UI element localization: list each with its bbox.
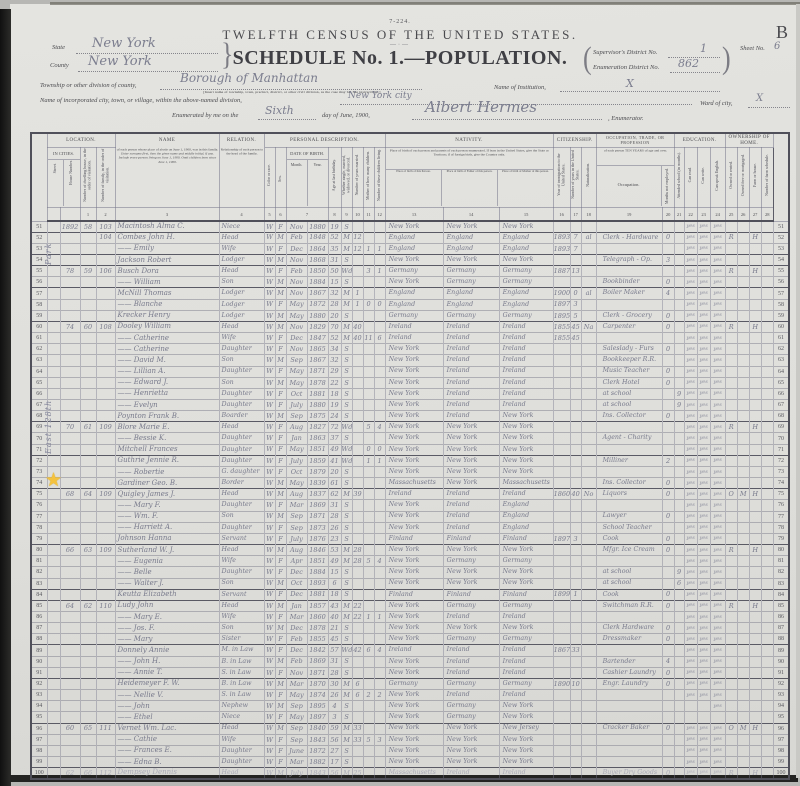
cell-age-68: 24: [328, 411, 341, 422]
cell-d-90: [80, 656, 96, 667]
cell-d-66: [80, 388, 96, 399]
cell-ym-69: [352, 422, 363, 433]
header-relation: RELATION.: [219, 133, 264, 148]
cell-im-53: 1893: [553, 243, 570, 254]
cell-occ-62: Saleslady - Furs: [596, 344, 662, 355]
cell-h-68: [60, 411, 80, 422]
cell-pf-68: Ireland: [443, 411, 499, 422]
cell-cl-66: [374, 388, 385, 399]
header-can-read: Can read.: [684, 148, 697, 208]
cell-age-85: 43: [328, 600, 341, 611]
cell-own-86: [725, 611, 737, 622]
cell-s-85: M: [275, 600, 286, 611]
cell-n-71: 71: [773, 444, 789, 455]
cell-n-51: 51: [773, 221, 789, 232]
cell-m-79: S: [341, 533, 352, 544]
cell-n-58: 58: [31, 299, 47, 310]
cell-mc-99: [363, 757, 374, 768]
cell-wr-80: yes: [697, 545, 710, 556]
cell-mc-74: [363, 478, 374, 489]
cell-s-65: M: [275, 377, 286, 388]
cell-d-93: [80, 690, 96, 701]
cell-en-94: yes: [710, 701, 725, 712]
cell-s-57: M: [275, 288, 286, 299]
cell-n-75: 75: [773, 489, 789, 500]
cell-occ-77: Lawyer: [596, 511, 662, 522]
enumerated-day: Sixth: [265, 104, 294, 117]
cell-im-73: [553, 466, 570, 477]
cell-mc-62: [363, 344, 374, 355]
cell-na-90: [581, 656, 596, 667]
cell-wr-60: yes: [697, 321, 710, 332]
cell-ym-95: [352, 712, 363, 723]
cell-h-55: 78: [60, 266, 80, 277]
cell-pob-82: New York: [385, 567, 443, 578]
cell-n-83: 83: [773, 578, 789, 589]
cell-cl-51: [374, 221, 385, 232]
cell-c-74: W: [264, 478, 275, 489]
cell-rd-92: yes: [684, 678, 697, 689]
cell-im-78: [553, 522, 570, 533]
colnum-24: 24: [710, 208, 725, 222]
cell-wr-82: yes: [697, 567, 710, 578]
cell-cl-91: [374, 667, 385, 678]
cell-h-52: [60, 232, 80, 243]
cell-cl-85: [374, 600, 385, 611]
cell-mo-61: Dec: [286, 333, 307, 344]
cell-mo-92: Mar: [286, 678, 307, 689]
colnum-22: 22: [684, 208, 697, 222]
cell-h-57: [60, 288, 80, 299]
cell-c-59: W: [264, 310, 275, 321]
cell-h-66: [60, 388, 80, 399]
cell-mne-66: [662, 388, 674, 399]
cell-rel-69: Head: [219, 422, 264, 433]
cell-h-88: [60, 634, 80, 645]
cell-pf-61: Ireland: [443, 333, 499, 344]
cell-st-99: [47, 757, 60, 768]
cell-n-91: 91: [773, 667, 789, 678]
cell-sched-59: [761, 310, 773, 321]
cell-yu-76: [570, 500, 581, 511]
cell-en-62: yes: [710, 344, 725, 355]
cell-mc-91: [363, 667, 374, 678]
cell-sched-84: [761, 589, 773, 600]
cell-im-75: 1860: [553, 489, 570, 500]
census-row-70: 70—— Bessie K.DaughterWFJan186337SNew Yo…: [31, 433, 789, 444]
cell-own-80: R: [725, 545, 737, 556]
census-row-83: 83—— Walter J.SonWMOct18936SNew YorkNew …: [31, 578, 789, 589]
cell-own-70: [725, 433, 737, 444]
cell-sched-61: [761, 333, 773, 344]
cell-im-81: [553, 556, 570, 567]
cell-pm-80: New York: [499, 545, 553, 556]
cell-n-64: 64: [773, 366, 789, 377]
cell-n-89: 89: [31, 645, 47, 656]
cell-mne-96: 0: [662, 723, 674, 734]
cell-own-95: [725, 712, 737, 723]
cell-h-70: [60, 433, 80, 444]
cell-name-95: —— Ethel: [115, 712, 219, 723]
cell-cl-98: [374, 745, 385, 756]
cell-im-89: 1867: [553, 645, 570, 656]
cell-mo-80: Aug: [286, 545, 307, 556]
cell-wr-81: yes: [697, 556, 710, 567]
header-citizenship: CITIZENSHIP.: [553, 133, 596, 148]
cell-st-79: [47, 533, 60, 544]
cell-own-62: [725, 344, 737, 355]
cell-age-56: 15: [328, 277, 341, 288]
cell-rel-76: Daughter: [219, 500, 264, 511]
cell-age-89: 57: [328, 645, 341, 656]
cell-rel-75: Head: [219, 489, 264, 500]
cell-n-66: 66: [31, 388, 47, 399]
cell-ym-78: [352, 522, 363, 533]
cell-mne-71: [662, 444, 674, 455]
cell-h-61: [60, 333, 80, 344]
cell-n-55: 55: [773, 266, 789, 277]
cell-d-76: [80, 500, 96, 511]
cell-st-85: [47, 600, 60, 611]
institution-value: X: [626, 77, 634, 90]
cell-wr-86: yes: [697, 611, 710, 622]
cell-pm-73: New York: [499, 466, 553, 477]
cell-mne-88: 0: [662, 634, 674, 645]
cell-occ-83: at school: [596, 578, 662, 589]
cell-name-74: Gardiner Geo. B.: [115, 478, 219, 489]
cell-pob-53: England: [385, 243, 443, 254]
cell-n-96: 96: [773, 723, 789, 734]
cell-st-57: [47, 288, 60, 299]
cell-age-80: 53: [328, 545, 341, 556]
cell-yr-90: 1869: [307, 656, 328, 667]
cell-n-76: 76: [773, 500, 789, 511]
cell-yr-53: 1864: [307, 243, 328, 254]
cell-d-63: [80, 355, 96, 366]
cell-fh-98: [749, 745, 761, 756]
cell-en-55: yes: [710, 266, 725, 277]
cell-c-84: W: [264, 589, 275, 600]
cell-age-66: 18: [328, 388, 341, 399]
cell-m-94: S: [341, 701, 352, 712]
cell-im-68: [553, 411, 570, 422]
cell-ym-93: 6: [352, 690, 363, 701]
cell-pf-77: Ireland: [443, 511, 499, 522]
cell-pob-66: New York: [385, 388, 443, 399]
cell-en-61: yes: [710, 333, 725, 344]
cell-m-76: S: [341, 500, 352, 511]
colnum-25: 25: [725, 208, 737, 222]
cell-pm-68: New York: [499, 411, 553, 422]
cell-ym-52: 12: [352, 232, 363, 243]
cell-rd-87: yes: [684, 623, 697, 634]
cell-own-78: [725, 522, 737, 533]
cell-yu-80: [570, 545, 581, 556]
cell-n-85: 85: [773, 600, 789, 611]
cell-sched-74: [761, 478, 773, 489]
cell-fm-58: [737, 299, 749, 310]
cell-mc-69: 5: [363, 422, 374, 433]
cell-m-97: M: [341, 734, 352, 745]
cell-na-96: [581, 723, 596, 734]
cell-en-73: yes: [710, 466, 725, 477]
cell-f-87: [96, 623, 115, 634]
cell-occ-61: [596, 333, 662, 344]
cell-im-99: [553, 757, 570, 768]
cell-h-59: [60, 310, 80, 321]
cell-sch-69: [674, 422, 684, 433]
cell-pf-63: Ireland: [443, 355, 499, 366]
cell-own-93: [725, 690, 737, 701]
cell-mne-75: 0: [662, 489, 674, 500]
cell-ym-63: [352, 355, 363, 366]
cell-na-61: [581, 333, 596, 344]
census-row-93: 93—— Nellie V.S. in LawWFMay187426M622Ne…: [31, 690, 789, 701]
census-row-96: 966065111Vernet Wm. Lac.HeadWMSep184059M…: [31, 723, 789, 734]
cell-mo-100: July: [286, 768, 307, 779]
cell-rel-52: Head: [219, 232, 264, 243]
district-brace-left: (: [583, 41, 592, 77]
cell-cl-92: [374, 678, 385, 689]
cell-sch-59: [674, 310, 684, 321]
cell-c-87: W: [264, 623, 275, 634]
cell-mo-51: Nov: [286, 221, 307, 232]
cell-mo-70: Jan: [286, 433, 307, 444]
census-row-68: 68Poynton Frank B.BoarderWMSep187524SNew…: [31, 411, 789, 422]
cell-s-88: F: [275, 634, 286, 645]
enumerated-prefix: Enumerated by me on the: [172, 112, 238, 119]
cell-name-80: Sutherland W. J.: [115, 545, 219, 556]
cell-d-99: [80, 757, 96, 768]
header-family-number: Number of family, in the order of visita…: [96, 148, 115, 208]
cell-s-96: M: [275, 723, 286, 734]
cell-ym-64: [352, 366, 363, 377]
cell-name-99: —— Edna B.: [115, 757, 219, 768]
cell-sch-58: [674, 299, 684, 310]
colnum-14: 14: [443, 208, 499, 222]
cell-pf-51: New York: [443, 221, 499, 232]
cell-mne-76: [662, 500, 674, 511]
cell-d-58: [80, 299, 96, 310]
cell-im-96: [553, 723, 570, 734]
cell-pf-92: Germany: [443, 678, 499, 689]
cell-n-81: 81: [31, 556, 47, 567]
cell-occ-88: Dressmaker: [596, 634, 662, 645]
cell-c-82: W: [264, 567, 275, 578]
cell-mne-79: 0: [662, 533, 674, 544]
cell-st-64: [47, 366, 60, 377]
cell-ym-81: 28: [352, 556, 363, 567]
cell-yu-78: [570, 522, 581, 533]
cell-pm-51: New York: [499, 221, 553, 232]
cell-ym-97: 33: [352, 734, 363, 745]
cell-yr-59: 1880: [307, 310, 328, 321]
cell-rel-92: B. in Law: [219, 678, 264, 689]
cell-s-92: M: [275, 678, 286, 689]
cell-ym-99: [352, 757, 363, 768]
cell-n-90: 90: [773, 656, 789, 667]
cell-rel-51: Niece: [219, 221, 264, 232]
cell-mne-67: [662, 400, 674, 411]
cell-d-82: [80, 567, 96, 578]
cell-mc-93: 2: [363, 690, 374, 701]
cell-pob-95: New York: [385, 712, 443, 723]
cell-st-88: [47, 634, 60, 645]
cell-mo-98: June: [286, 745, 307, 756]
header-ownership: OWNERSHIP OF HOME.: [725, 133, 773, 148]
cell-cl-84: [374, 589, 385, 600]
cell-rd-91: yes: [684, 667, 697, 678]
cell-m-54: S: [341, 254, 352, 265]
cell-sch-80: [674, 545, 684, 556]
census-row-82: 82—— BelleDaughterWFDec188415SNew YorkNe…: [31, 567, 789, 578]
cell-fm-79: [737, 533, 749, 544]
cell-sched-69: [761, 422, 773, 433]
cell-own-73: [725, 466, 737, 477]
cell-s-79: F: [275, 533, 286, 544]
cell-n-69: 69: [31, 422, 47, 433]
cell-occ-73: [596, 466, 662, 477]
cell-wr-88: yes: [697, 634, 710, 645]
cell-f-81: [96, 556, 115, 567]
form-number: 7-224.: [0, 19, 800, 25]
cell-fm-91: [737, 667, 749, 678]
cell-f-57: [96, 288, 115, 299]
cell-own-56: [725, 277, 737, 288]
cell-rel-94: Nephew: [219, 701, 264, 712]
cell-pm-86: Ireland: [499, 611, 553, 622]
cell-occ-84: Cook: [596, 589, 662, 600]
cell-own-81: [725, 556, 737, 567]
cell-rel-60: Head: [219, 321, 264, 332]
cell-pm-61: Ireland: [499, 333, 553, 344]
cell-own-75: O: [725, 489, 737, 500]
cell-cl-88: [374, 634, 385, 645]
cell-rd-73: yes: [684, 466, 697, 477]
cell-pob-92: Germany: [385, 678, 443, 689]
cell-st-53: [47, 243, 60, 254]
cell-f-80: 109: [96, 545, 115, 556]
cell-mne-62: 0: [662, 344, 674, 355]
cell-n-70: 70: [773, 433, 789, 444]
cell-pf-83: New York: [443, 578, 499, 589]
cell-own-77: [725, 511, 737, 522]
cell-ym-80: 28: [352, 545, 363, 556]
cell-d-89: [80, 645, 96, 656]
cell-c-58: W: [264, 299, 275, 310]
cell-name-89: Donnely Annie: [115, 645, 219, 656]
cell-ym-75: 39: [352, 489, 363, 500]
cell-na-51: [581, 221, 596, 232]
cell-age-51: 19: [328, 221, 341, 232]
cell-pob-74: Massachusetts: [385, 478, 443, 489]
cell-sched-52: [761, 232, 773, 243]
cell-yu-93: [570, 690, 581, 701]
cell-sched-62: [761, 344, 773, 355]
cell-age-69: 72: [328, 422, 341, 433]
cell-rd-85: yes: [684, 600, 697, 611]
cell-ym-67: [352, 400, 363, 411]
cell-sched-73: [761, 466, 773, 477]
cell-sched-80: [761, 545, 773, 556]
header-farm-schedule: Number of farm schedule.: [761, 148, 773, 208]
cell-occ-51: [596, 221, 662, 232]
cell-d-60: 60: [80, 321, 96, 332]
enum-district-label: Enumeration District No.: [593, 64, 659, 71]
cell-mne-83: [662, 578, 674, 589]
cell-m-74: S: [341, 478, 352, 489]
cell-rel-91: S. in Law: [219, 667, 264, 678]
cell-en-58: yes: [710, 299, 725, 310]
cell-pob-57: England: [385, 288, 443, 299]
cell-wr-65: yes: [697, 377, 710, 388]
cell-pm-90: Ireland: [499, 656, 553, 667]
cell-mc-98: [363, 745, 374, 756]
cell-cl-87: [374, 623, 385, 634]
cell-mo-99: Mar: [286, 757, 307, 768]
cell-yu-54: [570, 254, 581, 265]
cell-d-97: [80, 734, 96, 745]
cell-own-63: [725, 355, 737, 366]
cell-pob-81: New York: [385, 556, 443, 567]
cell-name-59: Krecker Henry: [115, 310, 219, 321]
cell-yu-72: [570, 455, 581, 466]
cell-en-64: yes: [710, 366, 725, 377]
cell-sch-92: [674, 678, 684, 689]
cell-rel-61: Wife: [219, 333, 264, 344]
cell-own-58: [725, 299, 737, 310]
cell-own-52: R: [725, 232, 737, 243]
colnum-15: 15: [499, 208, 553, 222]
cell-fm-72: [737, 455, 749, 466]
cell-name-67: —— Evelyn: [115, 400, 219, 411]
cell-wr-67: yes: [697, 400, 710, 411]
cell-own-60: R: [725, 321, 737, 332]
cell-sch-63: [674, 355, 684, 366]
cell-own-88: [725, 634, 737, 645]
cell-sched-91: [761, 667, 773, 678]
cell-pob-93: New York: [385, 690, 443, 701]
cell-mc-68: [363, 411, 374, 422]
cell-sched-53: [761, 243, 773, 254]
cell-s-91: F: [275, 667, 286, 678]
cell-yr-74: 1839: [307, 478, 328, 489]
cell-im-83: [553, 578, 570, 589]
cell-na-62: [581, 344, 596, 355]
cell-m-77: S: [341, 511, 352, 522]
cell-rd-72: yes: [684, 455, 697, 466]
cell-sch-95: [674, 712, 684, 723]
cell-m-68: S: [341, 411, 352, 422]
cell-en-53: yes: [710, 243, 725, 254]
cell-wr-84: yes: [697, 589, 710, 600]
cell-pf-67: Ireland: [443, 400, 499, 411]
cell-mne-81: [662, 556, 674, 567]
cell-yu-52: 7: [570, 232, 581, 243]
cell-sched-71: [761, 444, 773, 455]
cell-mo-97: Sep: [286, 734, 307, 745]
cell-occ-82: at school: [596, 567, 662, 578]
cell-name-52: Combes John H.: [115, 232, 219, 243]
cell-im-74: [553, 478, 570, 489]
cell-sched-55: [761, 266, 773, 277]
cell-yu-57: 0: [570, 288, 581, 299]
cell-st-91: [47, 667, 60, 678]
cell-sch-54: [674, 254, 684, 265]
cell-pm-77: England: [499, 511, 553, 522]
cell-pob-88: New York: [385, 634, 443, 645]
cell-st-80: [47, 545, 60, 556]
